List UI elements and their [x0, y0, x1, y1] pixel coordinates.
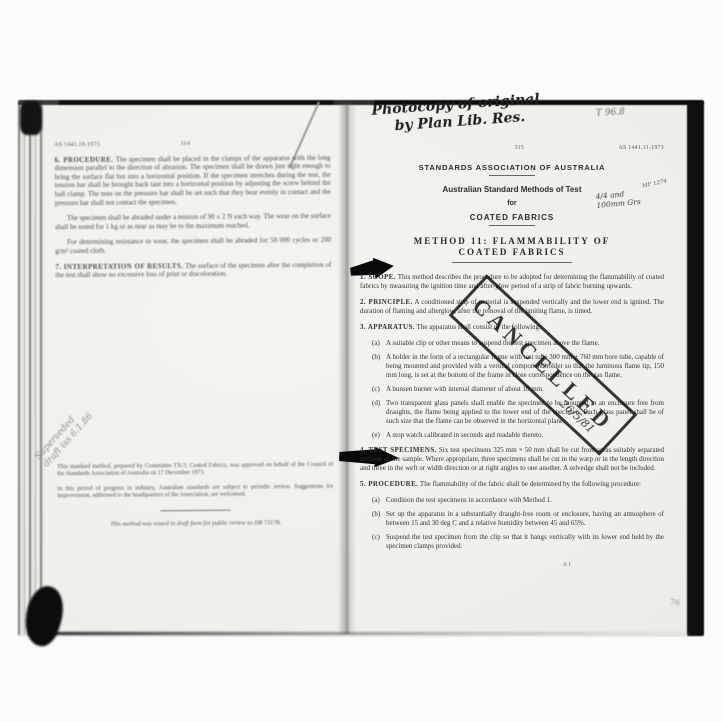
section-2-heading: 2. PRINCIPLE. [360, 298, 413, 306]
scan-edge-bottom [28, 632, 690, 635]
section-1-heading: 1. SCOPE. [360, 273, 396, 281]
apparatus-item-e-label: (e) [372, 431, 380, 440]
left-page-number: 314 [100, 139, 270, 149]
scan-edge-left [18, 103, 44, 635]
procedure-item-b: (b)Set up the apparatus in a substantial… [370, 510, 664, 528]
right-page-number: 315 [420, 144, 618, 153]
apparatus-item-d-label: (d) [372, 399, 380, 408]
apparatus-item-c-label: (c) [372, 385, 380, 394]
procedure-item-a-label: (a) [372, 496, 380, 505]
apparatus-item-a-label: (a) [372, 339, 380, 348]
procedure-item-a: (a)Condition the test specimens in accor… [370, 496, 664, 505]
procedure-item-c: (c)Suspend the test specimen from the cl… [370, 533, 664, 551]
right-page-header-ref: AS 1441.11-1973 [618, 144, 664, 153]
section-5-procedure: 5. PROCEDURE. The flammability of the fa… [360, 480, 664, 489]
left-section-7-heading: 7. INTERPRETATION OF RESULTS. [55, 262, 183, 271]
handwritten-corner-ref: T 96.8 [596, 107, 625, 118]
subject-title: COATED FABRICS [360, 213, 664, 222]
section-5-intro: The flammability of the fabric shall be … [420, 480, 641, 488]
apparatus-item-e-text: A stop watch calibrated in seconds and r… [386, 431, 543, 439]
left-review-note: In this period of progress in industry, … [57, 483, 333, 500]
right-page-header: 315 AS 1441.11-1973 [360, 144, 664, 153]
method-title-line2: COATED FABRICS [360, 247, 664, 258]
section-3-heading: 3. APPARATUS. [360, 323, 415, 331]
left-paragraph-2: The specimen shall be abraded under a te… [55, 212, 331, 232]
masthead-rule-1 [489, 175, 535, 176]
section-1-scope: 1. SCOPE. This method describes the proc… [360, 273, 664, 291]
apparatus-item-b-label: (b) [372, 353, 380, 362]
method-title-rule [452, 262, 572, 263]
book-spine-shadow [338, 103, 356, 634]
left-approval-note: This standard method, prepared by Commit… [57, 462, 333, 479]
apparatus-item-c-text: A bunsen burner with internal diameter o… [386, 385, 544, 393]
left-section-6-heading: 6. PROCEDURE. [54, 155, 113, 164]
section-4-heading: 4. TEST SPECIMENS. [360, 446, 437, 454]
method-title: METHOD 11: FLAMMABILITY OF COATED FABRIC… [360, 236, 664, 258]
masthead-rule-2 [489, 225, 535, 226]
procedure-item-c-label: (c) [372, 533, 380, 542]
section-4-specimens: 4. TEST SPECIMENS. Six test specimens 32… [360, 446, 664, 473]
left-footer-rule [161, 510, 231, 512]
scanned-document: AS 1441.10-1973 314 6. PROCEDURE. The sp… [0, 0, 722, 722]
organisation-title: STANDARDS ASSOCIATION OF AUSTRALIA [360, 163, 664, 172]
left-page-header: AS 1441.10-1973 314 [54, 139, 330, 150]
scan-edge-right [687, 102, 704, 636]
left-page-header-ref: AS 1441.10-1973 [54, 141, 100, 150]
section-1-body: This method describes the procedure to b… [360, 273, 664, 290]
left-paragraph-3: For determining resistance to wear, the … [55, 236, 331, 256]
procedure-item-b-label: (b) [372, 510, 380, 519]
procedure-item-b-text: Set up the apparatus in a substantially … [386, 510, 664, 527]
left-page: AS 1441.10-1973 314 6. PROCEDURE. The sp… [54, 139, 333, 530]
section-5-heading: 5. PROCEDURE. [360, 480, 418, 488]
procedure-item-a-text: Condition the test specimens in accordan… [386, 496, 552, 504]
scan-edge-top [18, 100, 704, 105]
method-title-line1: METHOD 11: FLAMMABILITY OF [360, 236, 664, 247]
procedure-list: (a)Condition the test specimens in accor… [370, 496, 664, 551]
procedure-item-c-text: Suspend the test specimen from the clip … [386, 533, 664, 550]
scan-edge-left-blob [20, 101, 42, 135]
handwritten-page-mark: 76 [670, 598, 681, 608]
handwritten-side-note: 4/4 and 100mm Grs [595, 188, 641, 210]
left-section-6: 6. PROCEDURE. The specimen shall be plac… [54, 153, 330, 207]
left-section-7: 7. INTERPRETATION OF RESULTS. The surfac… [55, 260, 331, 280]
apparatus-item-c: (c)A bunsen burner with internal diamete… [370, 385, 664, 394]
right-page-footer-mark: A 1 [360, 561, 664, 570]
